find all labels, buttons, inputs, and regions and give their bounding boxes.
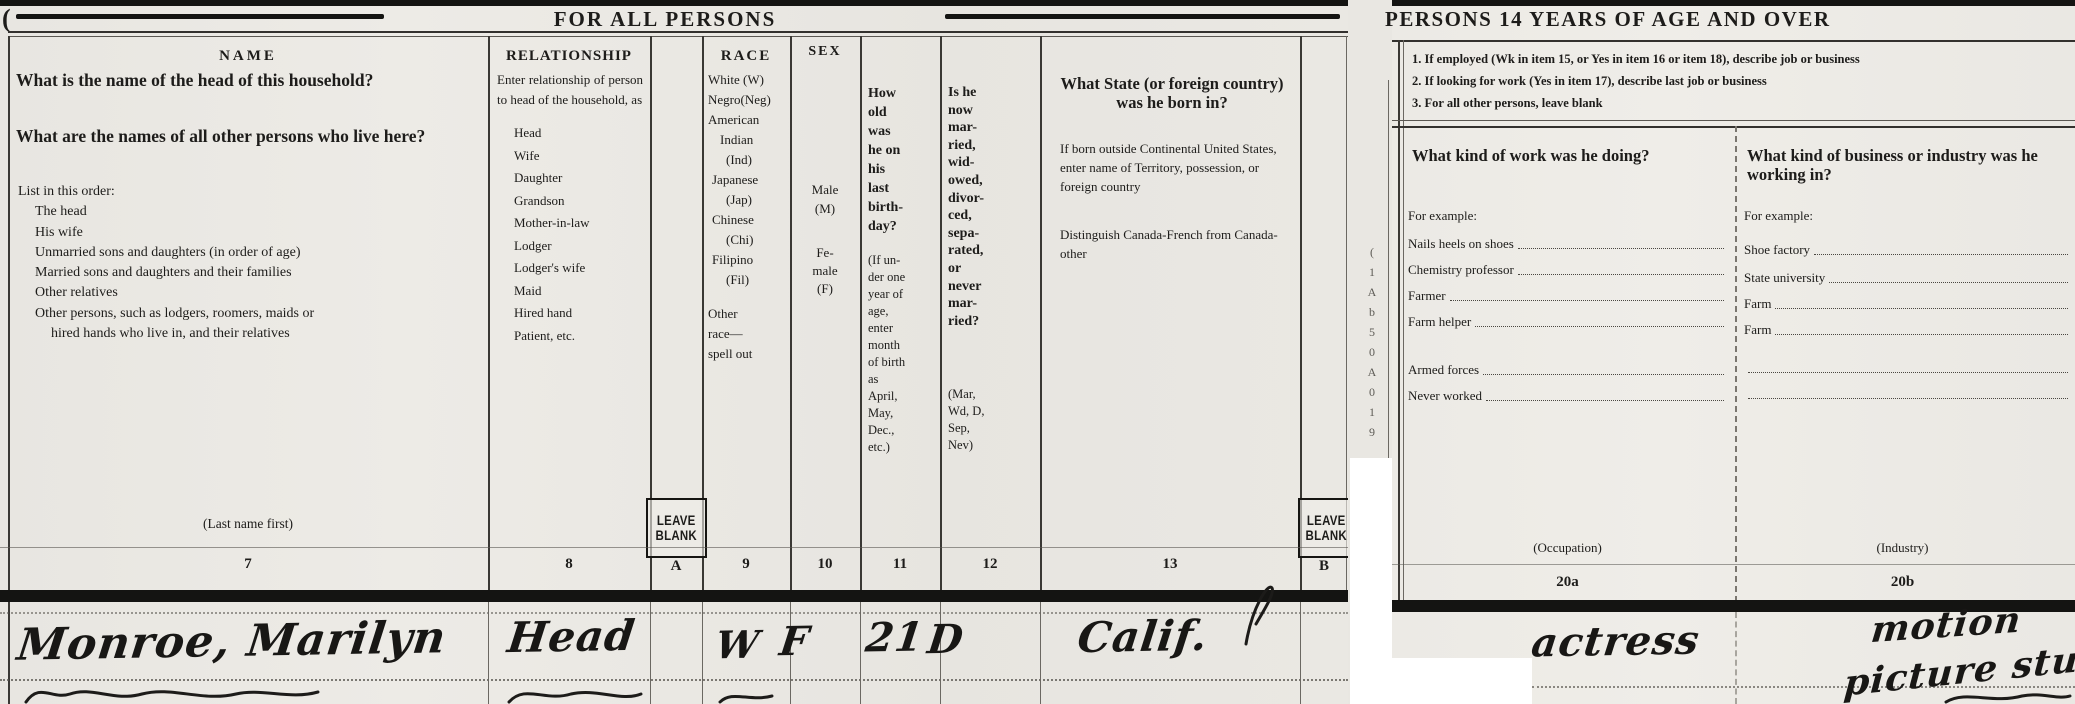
example-label: Chemistry professor [1408, 262, 1514, 278]
note-line-3: 3. For all other persons, leave blank [1412, 96, 2075, 111]
list-item: Mother-in-law [497, 212, 645, 235]
list-item: Patient, etc. [497, 325, 645, 348]
top-rule-right [1392, 0, 2075, 6]
example-row: Farm [1744, 322, 2070, 338]
dotted-leader [1748, 398, 2068, 399]
example-row: State university [1744, 270, 2070, 286]
example-label: Farmer [1408, 288, 1446, 304]
example-row: Never worked [1408, 388, 1726, 404]
number-row-topline-left [0, 547, 1348, 548]
data-vline [650, 602, 651, 704]
entry-sex: F [777, 618, 812, 666]
dotted-leader [1814, 254, 2068, 255]
list-item: Daughter [497, 167, 645, 190]
right-title-underline [1392, 40, 2075, 42]
note-line-1: 1. If employed (Wk in item 15, or Yes in… [1412, 52, 2075, 67]
column-number-12: 12 [940, 556, 1040, 573]
border-left [8, 36, 10, 704]
example-label: Armed forces [1408, 362, 1479, 378]
vline-occupation-industry [1735, 126, 1737, 602]
title-flank-bar-left [16, 14, 384, 19]
data-vline [488, 602, 489, 704]
vline-sex-age [860, 36, 862, 590]
race-line: spell out [708, 344, 788, 364]
occupation-example-intro: For example: [1408, 208, 1477, 224]
race-line: (Fil) [708, 270, 788, 290]
occupation-question: What kind of work was he doing? [1412, 146, 1712, 165]
race-line: Negro(Neg) [708, 90, 788, 110]
race-column-header: RACE [702, 48, 790, 65]
dotted-leader [1486, 400, 1724, 401]
dotted-leader [1829, 282, 2068, 283]
entry-age: 21 [863, 614, 927, 662]
name-question-1: What is the name of the head of this hou… [16, 70, 478, 91]
list-item: Head [497, 122, 645, 145]
race-line: White (W) [708, 70, 788, 90]
handwriting-cutoff-row [22, 686, 322, 704]
corner-paren-mark: ( [2, 4, 11, 34]
race-line: American [708, 110, 788, 130]
handwriting-cutoff-row [1942, 692, 2072, 704]
leave-blank-box-a: LEAVE BLANK [646, 498, 707, 558]
title-underline-2 [8, 36, 1348, 37]
vline-name-rel [488, 36, 490, 590]
age-question: How old was he on his last birth- day? [868, 84, 934, 236]
race-line: Japanese [708, 170, 788, 190]
example-row: Farmer [1408, 288, 1726, 304]
data-vline [860, 602, 861, 704]
list-item: Married sons and daughters and their fam… [18, 263, 480, 283]
industry-footer-label: (Industry) [1735, 540, 2070, 556]
handwriting-cutoff-row [505, 688, 645, 704]
industry-example-intro: For example: [1744, 208, 1813, 224]
example-row: Nails heels on shoes [1408, 236, 1726, 252]
row-separator [0, 679, 1348, 681]
column-number-13: 13 [1040, 556, 1300, 573]
example-label: Nails heels on shoes [1408, 236, 1514, 252]
dotted-leader [1483, 374, 1724, 375]
race-list: White (W) Negro(Neg) American Indian (In… [708, 70, 788, 364]
sliver-vline [1388, 80, 1389, 458]
leave-blank-label: LEAVE [1307, 512, 1346, 528]
data-vline [1040, 602, 1041, 704]
list-item: The head [18, 202, 480, 222]
column-number-7: 7 [8, 556, 488, 573]
column-number-9: 9 [702, 556, 790, 573]
entry-race: W [713, 622, 762, 668]
handwriting-cutoff-row [716, 692, 776, 704]
vline-race-sex [790, 36, 792, 590]
dotted-leader [1518, 248, 1724, 249]
dotted-leader [1475, 326, 1724, 327]
sex-female-option: Fe- male (F) [790, 244, 860, 298]
data-vline [1735, 612, 1737, 704]
title-flank-bar-right [945, 14, 1340, 19]
example-label: Shoe factory [1744, 242, 1810, 258]
list-item: Maid [497, 280, 645, 303]
example-label: Never worked [1408, 388, 1482, 404]
dotted-leader [1450, 300, 1724, 301]
name-list-intro: List in this order: [18, 182, 480, 202]
entry-name: Monroe, Marilyn [14, 612, 449, 670]
blank-leader-row [1744, 398, 2070, 402]
race-line: (Chi) [708, 230, 788, 250]
birthplace-question: What State (or foreign country) was he b… [1056, 74, 1288, 113]
list-item: Unmarried sons and daughters (in order o… [18, 243, 480, 263]
name-question-2: What are the names of all other persons … [16, 126, 478, 147]
marital-question: Is he now mar- ried, wid- owed, divor- c… [948, 84, 1034, 330]
example-row: Farm helper [1408, 314, 1726, 330]
notes-box-left-line-1 [1398, 40, 1400, 602]
note-line-2: 2. If looking for work (Yes in item 17),… [1412, 74, 2075, 89]
leave-blank-label: BLANK [656, 527, 697, 543]
race-line: (Ind) [708, 150, 788, 170]
entry-birthplace: Calif. [1075, 611, 1211, 662]
example-label: Farm [1744, 296, 1771, 312]
vline-marital-state [1040, 36, 1042, 590]
race-line: Other [708, 304, 788, 324]
example-row: Farm [1744, 296, 2070, 312]
column-number-10: 10 [790, 556, 860, 573]
birthplace-note-2: Distinguish Canada-French from Canada-ot… [1060, 226, 1288, 264]
example-row: Armed forces [1408, 362, 1726, 378]
list-item: Lodger [497, 235, 645, 258]
relationship-list: Head Wife Daughter Grandson Mother-in-la… [497, 122, 645, 347]
number-row-topline-right [1392, 564, 2075, 565]
dotted-leader [1518, 274, 1724, 275]
list-item: Grandson [497, 190, 645, 213]
example-label: Farm [1744, 322, 1771, 338]
scan-white-patch [1392, 658, 1532, 704]
race-line: (Jap) [708, 190, 788, 210]
relationship-column-header: RELATIONSHIP [488, 48, 650, 65]
leave-blank-label: LEAVE [657, 512, 696, 528]
list-item: Lodger's wife [497, 257, 645, 280]
work-cols-topline [1392, 126, 2075, 128]
list-item: hired hands who live in, and their relat… [18, 324, 480, 344]
list-item: Other persons, such as lodgers, roomers,… [18, 304, 480, 324]
relationship-intro: Enter relationship of person to head of … [497, 70, 643, 110]
section-title-right: PERSONS 14 YEARS OF AGE AND OVER [1385, 7, 2075, 32]
dotted-leader [1775, 334, 2068, 335]
section-title-left: FOR ALL PERSONS [395, 7, 935, 32]
column-number-8: 8 [488, 556, 650, 573]
census-form-scan: ( FOR ALL PERSONS NAME What is the name … [0, 0, 2075, 704]
column-number-20a: 20a [1400, 574, 1735, 591]
example-row: Shoe factory [1744, 242, 2070, 258]
dotted-leader [1775, 308, 2068, 309]
top-rule-left [0, 0, 1348, 6]
sex-male-option: Male (M) [790, 180, 860, 218]
ink-flourish [1238, 578, 1282, 648]
birthplace-note-1: If born outside Continental United State… [1060, 140, 1288, 197]
list-item: Other relatives [18, 283, 480, 303]
race-line: Filipino [708, 250, 788, 270]
name-list: List in this order: The head His wife Un… [18, 182, 480, 344]
race-line: race— [708, 324, 788, 344]
example-label: Farm helper [1408, 314, 1471, 330]
column-number-11: 11 [860, 556, 940, 573]
occupation-footer-label: (Occupation) [1400, 540, 1735, 556]
example-row: Chemistry professor [1408, 262, 1726, 278]
leave-blank-box-b: LEAVE BLANK [1298, 498, 1354, 558]
data-vline [702, 602, 703, 704]
list-item: Hired hand [497, 302, 645, 325]
list-item: Wife [497, 145, 645, 168]
marital-codes: (Mar, Wd, D, Sep, Nev) [948, 386, 1034, 454]
column-number-a: A [650, 558, 702, 575]
data-vline [1300, 602, 1301, 704]
vline-age-marital [940, 36, 942, 590]
notes-box-bottom [1392, 120, 2075, 121]
name-footer-label: (Last name first) [8, 516, 488, 532]
race-line: Indian [708, 130, 788, 150]
name-column-header: NAME [8, 48, 488, 65]
industry-question: What kind of business or industry was he… [1747, 146, 2069, 185]
entry-occupation: actress [1529, 617, 1702, 667]
example-label: State university [1744, 270, 1825, 286]
dotted-leader [1748, 372, 2068, 373]
notes-box-left-line-2 [1403, 40, 1404, 602]
illegible-vertical-marks: ( 1 A b 5 0 A 0 1 9 [1358, 242, 1386, 442]
entry-marital: D [925, 616, 967, 664]
title-underline-1 [8, 31, 1348, 33]
leave-blank-label: BLANK [1305, 527, 1346, 543]
header-bottom-bar-left [0, 590, 1348, 602]
entry-relationship: Head [505, 611, 638, 662]
scan-seam-white [1350, 458, 1392, 704]
list-item: His wife [18, 223, 480, 243]
column-number-20b: 20b [1735, 574, 2070, 591]
race-line: Chinese [708, 210, 788, 230]
age-note: (If un- der one year of age, enter month… [868, 252, 934, 456]
column-number-b: B [1300, 558, 1348, 575]
blank-leader-row [1744, 372, 2070, 376]
sex-column-header: SEX [790, 44, 860, 60]
